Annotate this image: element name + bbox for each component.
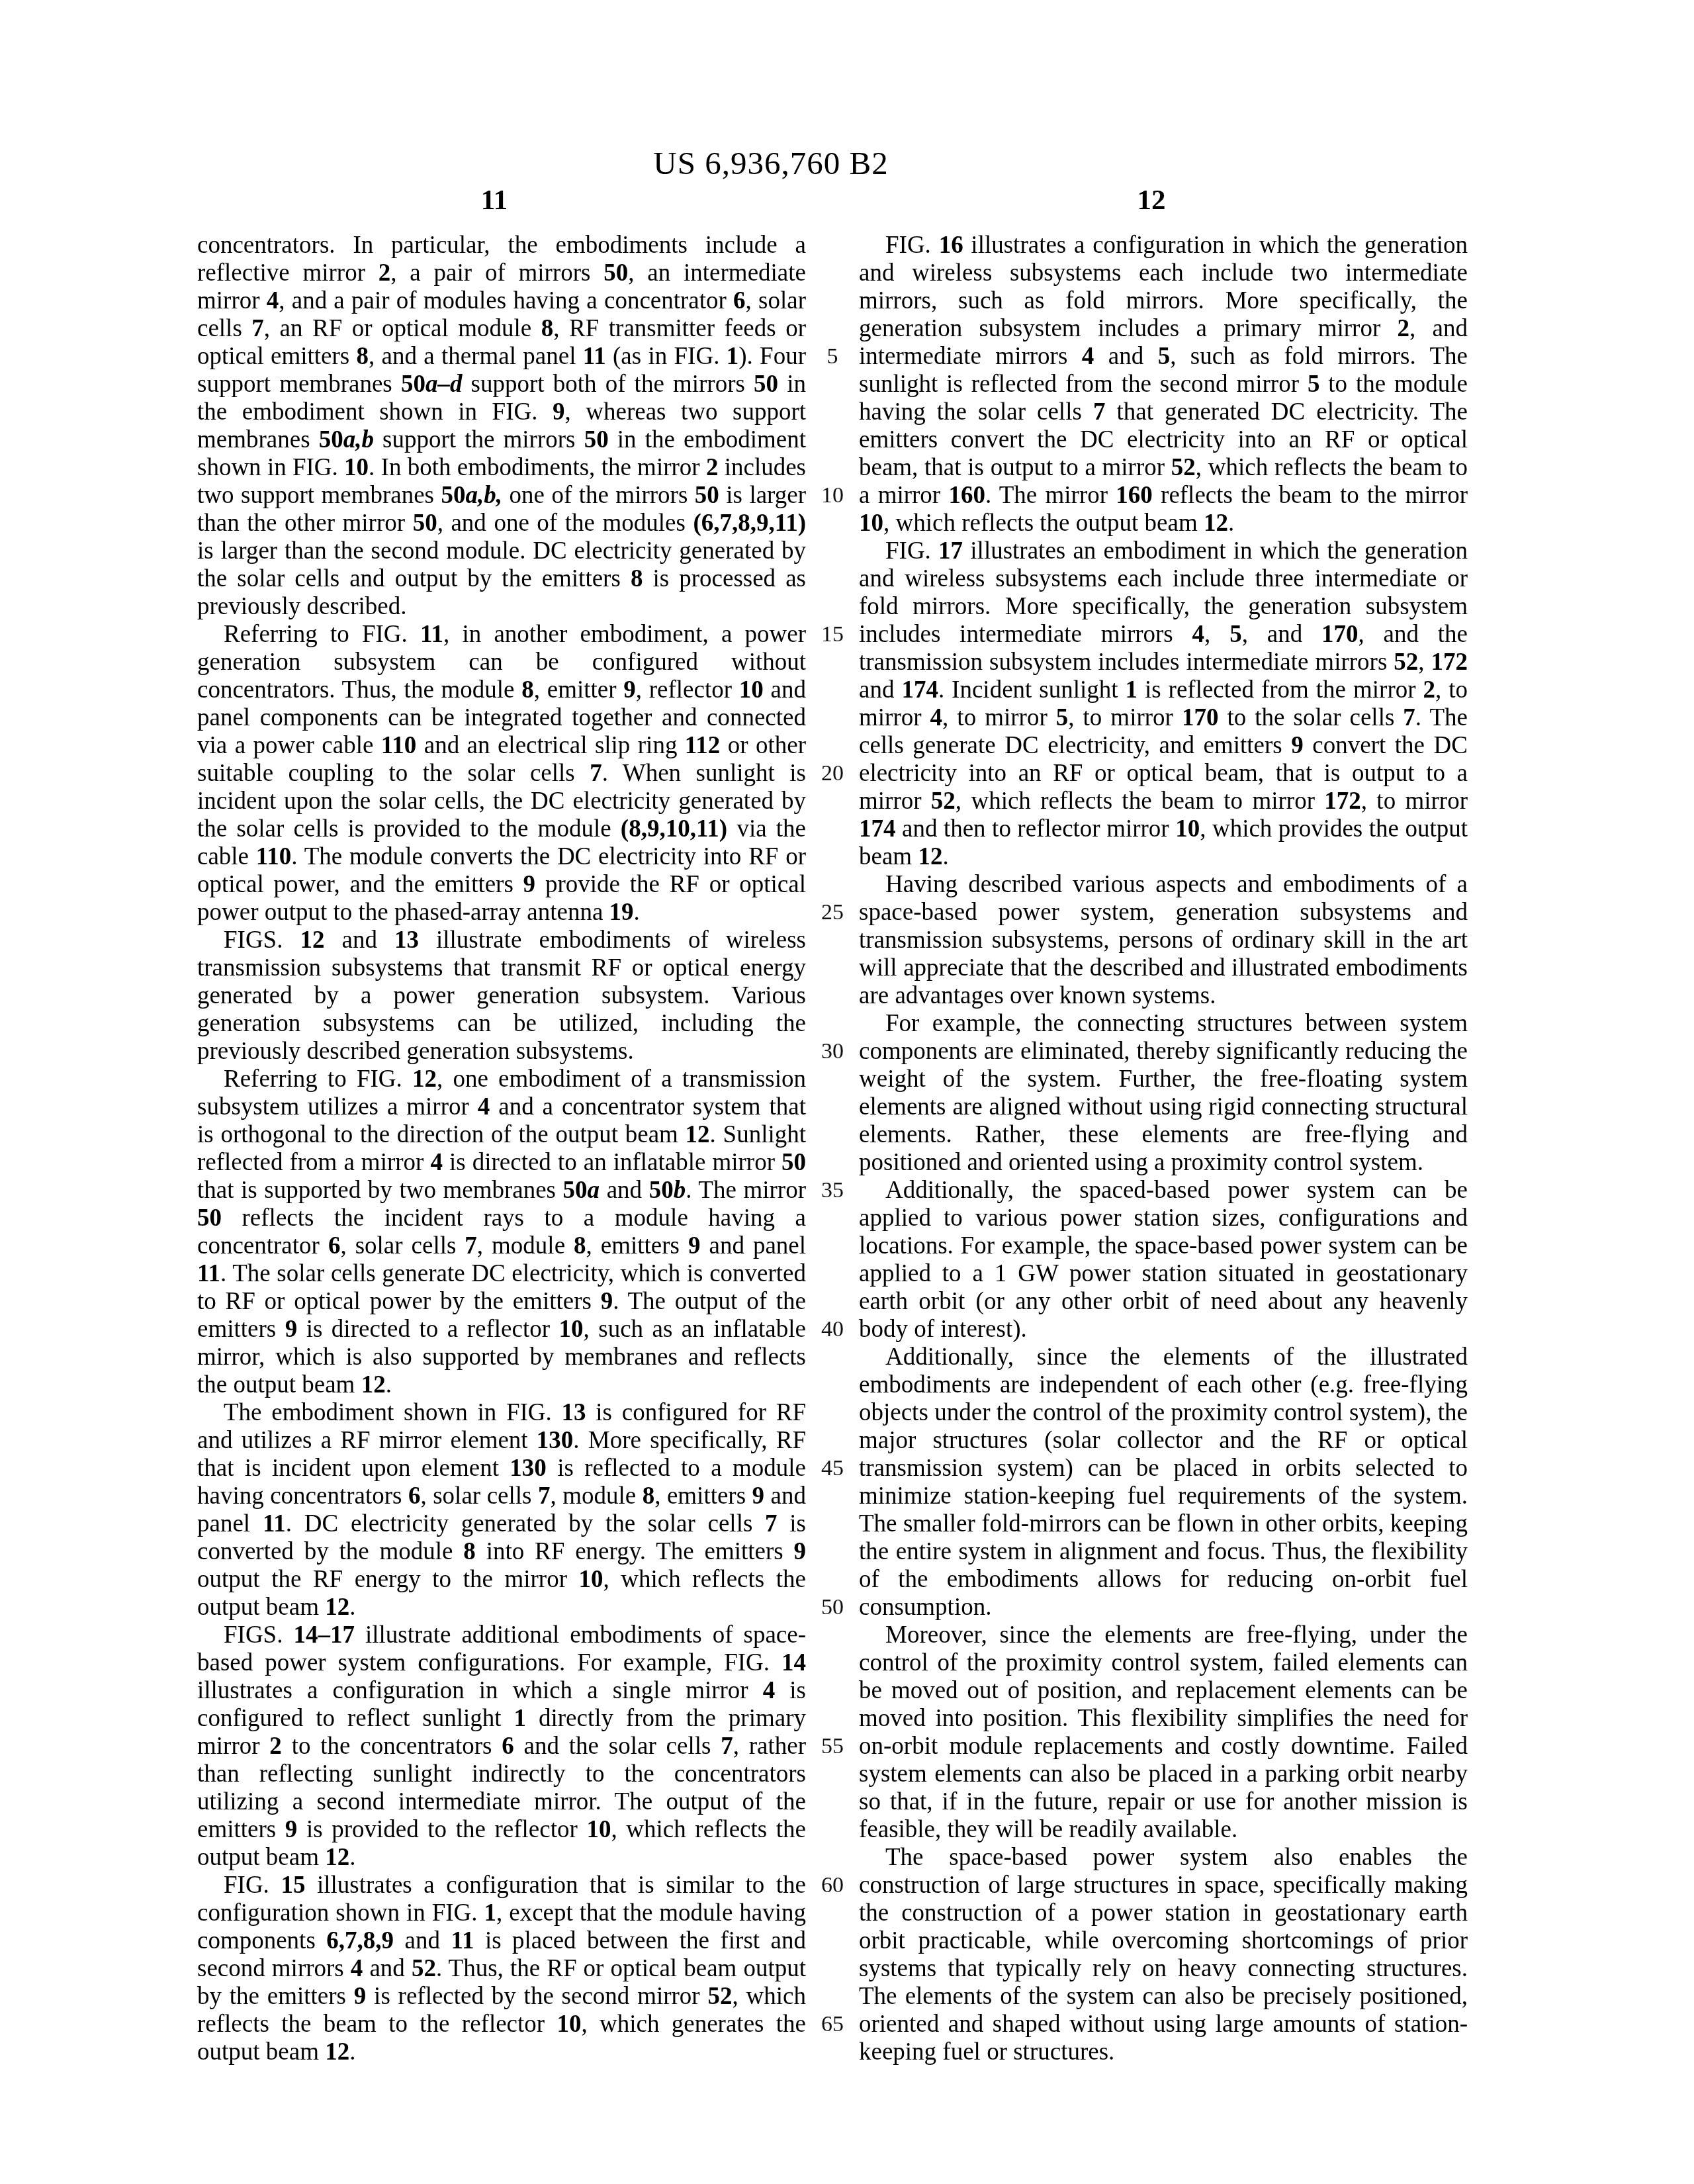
paragraph: FIG. 17 illustrates an embodiment in whi… [859, 537, 1468, 871]
line-number: 40 [806, 1316, 859, 1343]
patent-number-header: US 6,936,760 B2 [0, 144, 1542, 182]
line-number: 60 [806, 1872, 859, 1899]
paragraph: For example, the connecting structures b… [859, 1010, 1468, 1177]
column-number-right: 12 [1137, 184, 1166, 216]
right-column: FIG. 16 illustrates a configuration in w… [859, 232, 1468, 2066]
line-number: 25 [806, 899, 859, 927]
line-number: 15 [806, 621, 859, 649]
paragraph: FIGS. 14–17 illustrate additional embodi… [197, 1621, 806, 1872]
left-column: concentrators. In particular, the embodi… [197, 232, 806, 2066]
paragraph: The space-based power system also enable… [859, 1844, 1468, 2066]
paragraph: Having described various aspects and emb… [859, 871, 1468, 1010]
patent-page: { "page": { "patent_number": "US 6,936,7… [0, 0, 1694, 2184]
column-number-left: 11 [481, 184, 508, 216]
paragraph: concentrators. In particular, the embodi… [197, 232, 806, 621]
line-number: 30 [806, 1038, 859, 1066]
paragraph: Additionally, since the elements of the … [859, 1343, 1468, 1621]
line-number: 65 [806, 2011, 859, 2038]
page-body: concentrators. In particular, the embodi… [197, 232, 1468, 2066]
paragraph: FIG. 15 illustrates a configuration that… [197, 1872, 806, 2066]
paragraph: FIG. 16 illustrates a configuration in w… [859, 232, 1468, 537]
line-number: 5 [806, 343, 859, 371]
paragraph: FIGS. 12 and 13 illustrate embodiments o… [197, 927, 806, 1066]
line-number: 20 [806, 760, 859, 788]
paragraph: Moreover, since the elements are free-fl… [859, 1621, 1468, 1844]
line-number: 55 [806, 1733, 859, 1760]
line-number: 45 [806, 1455, 859, 1482]
paragraph: Referring to FIG. 12, one embodiment of … [197, 1066, 806, 1399]
line-number: 35 [806, 1177, 859, 1205]
line-number: 50 [806, 1594, 859, 1621]
paragraph: Referring to FIG. 11, in another embodim… [197, 621, 806, 927]
line-number-gutter: 5101520253035404550556065 [806, 232, 859, 2066]
paragraph: The embodiment shown in FIG. 13 is confi… [197, 1399, 806, 1621]
line-number: 10 [806, 482, 859, 510]
paragraph: Additionally, the spaced-based power sys… [859, 1177, 1468, 1343]
